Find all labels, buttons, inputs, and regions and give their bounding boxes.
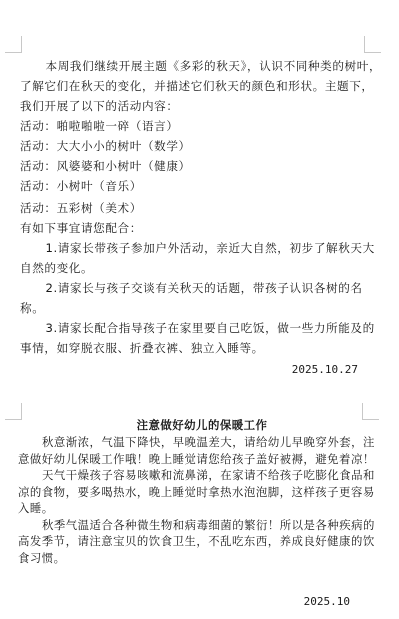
activity-list: 活动：啪啦啪啦一碎（语言） 活动：大大小小的树叶（数学） 活动：风婆婆和小树叶（… xyxy=(20,116,382,218)
body-paragraph: 秋意渐浓，气温下降快，早晚温差大，请给幼儿早晚穿外套，注意做好幼儿保暖工作哦！晚… xyxy=(18,434,380,467)
activity-item: 活动：风婆婆和小树叶（健康） xyxy=(20,156,382,176)
activity-item: 活动：五彩树（美术） xyxy=(20,198,382,218)
activity-item: 活动：啪啦啪啦一碎（语言） xyxy=(20,116,382,136)
weekly-notice-section: 本周我们继续开展主题《多彩的秋天》，认识不同种类的树叶，了解它们在秋天的变化，并… xyxy=(20,56,382,380)
activity-item: 活动：大大小小的树叶（数学） xyxy=(20,136,382,156)
body-paragraph: 天气干燥孩子容易咳嗽和流鼻涕，在家请不给孩子吃膨化食品和凉的食物，要多喝热水，晚… xyxy=(18,467,380,517)
section-title: 注意做好幼儿的保暖工作 xyxy=(18,416,380,434)
request-item: 3.请家长配合指导孩子在家里要自己吃饭，做一些力所能及的事情，如穿脱衣服、折叠衣… xyxy=(20,318,382,358)
body-paragraph: 秋季气温适合各种微生物和病毒细菌的繁衍！所以是各种疾病的高发季节，请注意宝贝的饮… xyxy=(18,517,380,567)
notice-date: 2025.10 xyxy=(304,594,350,610)
request-list: 1.请家长带孩子参加户外活动，亲近大自然，初步了解秋天大自然的变化。 2.请家长… xyxy=(20,238,382,358)
cooperation-heading: 有如下事宜请您配合： xyxy=(20,218,382,238)
intro-paragraph: 本周我们继续开展主题《多彩的秋天》，认识不同种类的树叶，了解它们在秋天的变化，并… xyxy=(20,56,382,116)
page-corner-mark-top-right xyxy=(364,36,381,53)
notice-date: 2025.10.27 xyxy=(20,360,382,380)
page-corner-mark-top-left xyxy=(5,36,22,53)
warmth-notice-section: 注意做好幼儿的保暖工作 秋意渐浓，气温下降快，早晚温差大，请给幼儿早晚穿外套，注… xyxy=(18,416,380,566)
activity-item: 活动：小树叶（音乐） xyxy=(20,176,382,196)
request-item: 1.请家长带孩子参加户外活动，亲近大自然，初步了解秋天大自然的变化。 xyxy=(20,238,382,278)
request-item: 2.请家长与孩子交谈有关秋天的话题，带孩子认识各树的名称。 xyxy=(20,278,382,318)
